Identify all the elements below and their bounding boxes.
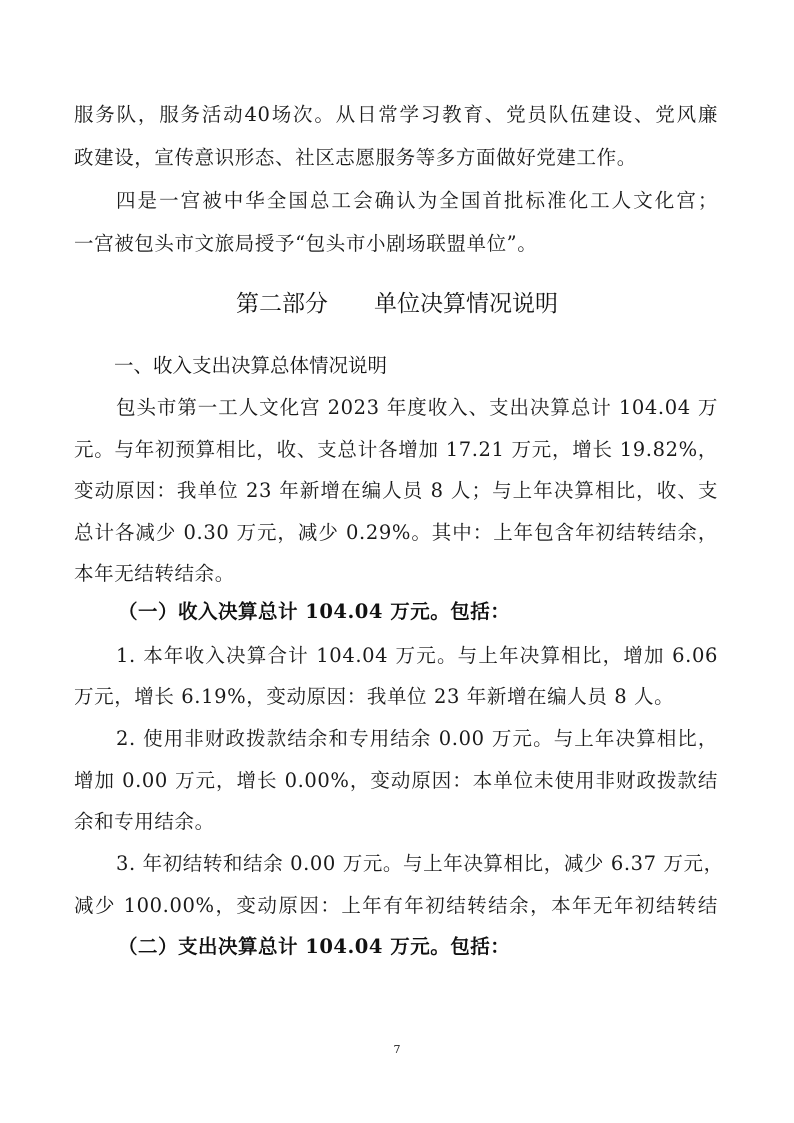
body-text-line: 2. 使用非财政拨款结余和专用结余 0.00 万元。与上年决算相比， (116, 724, 718, 754)
body-text-line: 万元，增长 6.19%，变动原因：我单位 23 年新增在编人员 8 人。 (74, 682, 718, 712)
body-text-line: 1. 本年收入决算合计 104.04 万元。与上年决算相比，增加 6.06 (116, 641, 718, 671)
body-text-line: 总计各减少 0.30 万元，减少 0.29%。其中：上年包含年初结转结余， (74, 518, 718, 548)
body-text-line: 四是一宫被中华全国总工会确认为全国首批标准化工人文化宫； (116, 186, 718, 216)
body-text-line: 包头市第一工人文化宫 2023 年度收入、支出决算总计 104.04 万 (116, 393, 718, 423)
body-text-line: 增加 0.00 万元，增长 0.00%，变动原因：本单位未使用非财政拨款结 (74, 766, 718, 796)
body-text-line: 3. 年初结转和结余 0.00 万元。与上年决算相比，减少 6.37 万元， (116, 849, 718, 879)
income-heading: （一）收入决算总计 104.04 万元。包括： (118, 597, 510, 627)
body-text-line: 元。与年初预算相比，收、支总计各增加 17.21 万元，增长 19.82%， (74, 435, 718, 465)
expense-heading: （二）支出决算总计 104.04 万元。包括： (118, 932, 510, 962)
document-page: 服务队，服务活动40场次。从日常学习教育、党员队伍建设、党风廉 政建设，宣传意识… (0, 0, 794, 1123)
body-text-line: 余和专用结余。 (74, 807, 718, 837)
body-text-line: 变动原因：我单位 23 年新增在编人员 8 人；与上年决算相比，收、支 (74, 476, 718, 506)
body-text-line: 本年无结转结余。 (74, 559, 718, 589)
part-title: 第二部分 单位决算情况说明 (0, 288, 794, 320)
body-text-line: 政建设，宣传意识形态、社区志愿服务等多方面做好党建工作。 (74, 143, 718, 173)
body-text-line: 减少 100.00%，变动原因：上年有年初结转结余，本年无年初结转结 (74, 891, 718, 921)
body-text-line: 服务队，服务活动40场次。从日常学习教育、党员队伍建设、党风廉 (74, 100, 718, 130)
section-heading: 一、收入支出决算总体情况说明 (114, 351, 387, 381)
page-number: 7 (0, 1043, 794, 1056)
body-text-line: 一宫被包头市文旅局授予“包头市小剧场联盟单位”。 (74, 229, 718, 259)
